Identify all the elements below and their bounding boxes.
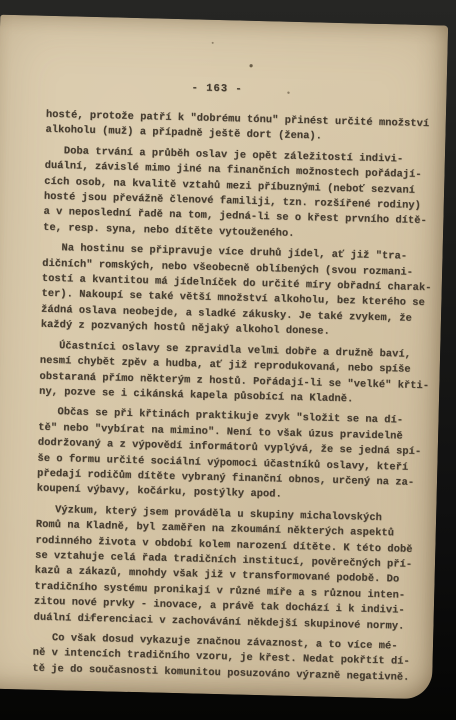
scan-background: - 163 - hosté, protože patří k "dobrému …	[0, 0, 456, 720]
page-content: - 163 - hosté, protože patří k "dobrému …	[0, 15, 448, 687]
paragraph: Výzkum, který jsem prováděla u skupiny m…	[33, 502, 426, 635]
text-body: hosté, protože patří k "dobrému tónu" př…	[32, 108, 436, 687]
paragraph: Občas se při křtinách praktikuje zvyk "s…	[37, 405, 429, 507]
page-number: - 163 -	[191, 82, 436, 100]
paragraph: Účastníci oslavy se zpravidla velmi dobř…	[39, 338, 430, 409]
paragraph: Na hostinu se připravuje více druhů jíde…	[41, 241, 433, 343]
paragraph: hosté, protože patří k "dobrému tónu" př…	[45, 108, 436, 148]
document-page: - 163 - hosté, protože patří k "dobrému …	[0, 15, 448, 700]
paragraph: Doba trvání a průběh oslav je opět zálež…	[43, 144, 435, 246]
paragraph: Co však dosud vykazuje značnou závaznost…	[32, 631, 423, 687]
